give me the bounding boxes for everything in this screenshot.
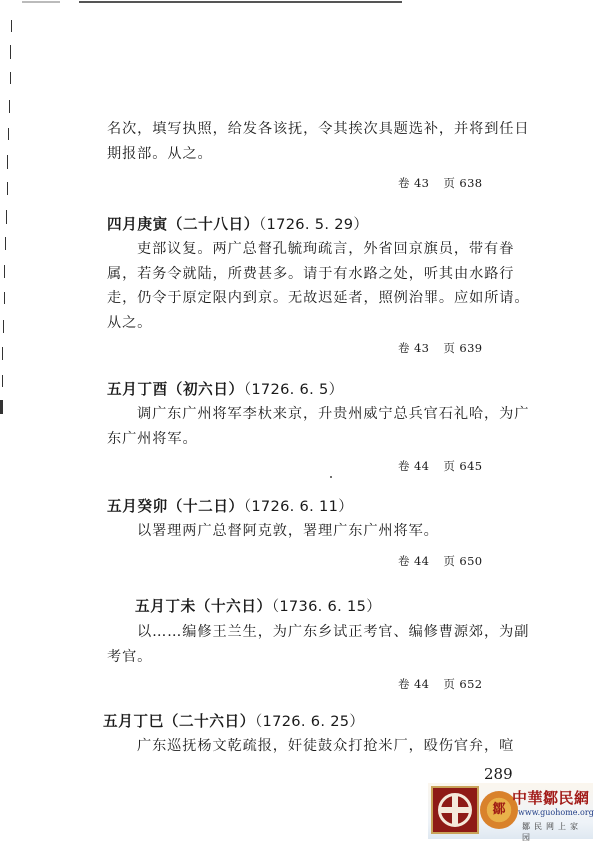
entry-heading: 四月庚寅（二十八日）（1726. 5. 29） — [107, 215, 368, 235]
source-page: 页 638 — [443, 176, 482, 190]
watermark-slogan: 鄒民网上家园 — [522, 821, 593, 842]
entry-gregorian-date: （1726. 6. 5） — [244, 381, 344, 398]
entry-date-label: 五月丁未（十六日） — [135, 598, 272, 615]
entry-heading: 五月丁巳（二十六日）（1726. 6. 25） — [103, 712, 364, 732]
margin-tick — [4, 292, 5, 304]
source-citation: 卷 44页 652 — [398, 676, 483, 692]
entry-body: 广东巡抚杨文乾疏报，奸徒鼓众打抢米厂，殴伤官弁，喧 — [107, 734, 537, 759]
margin-tick — [7, 182, 8, 195]
entry-gregorian-date: （1726. 6. 25） — [255, 713, 364, 730]
margin-tick — [0, 400, 3, 414]
source-volume: 卷 44 — [398, 677, 429, 691]
source-page: 页 650 — [443, 554, 482, 568]
margin-tick — [7, 155, 8, 169]
entry-gregorian-date: （1726. 6. 11） — [244, 498, 353, 515]
entry-date-label: 五月丁酉（初六日） — [107, 381, 244, 398]
source-page: 页 652 — [443, 677, 482, 691]
entry-heading: 五月丁酉（初六日）（1726. 6. 5） — [107, 380, 344, 400]
margin-tick — [3, 320, 4, 333]
page-number: 289 — [484, 765, 513, 783]
entry-date-label: 五月丁巳（二十六日） — [103, 713, 255, 730]
entry-date-label: 五月癸卯（十二日） — [107, 498, 244, 515]
entry-body: 吏部议复。两广总督孔毓珣疏言，外省回京旗员，带有眷属，若务令就陆，所费甚多。请于… — [107, 237, 537, 335]
scanned-book-page: 名次，填写执照，给发各该抚，令其挨次具题选补，并将到任日期报部。从之。 卷 43… — [0, 0, 595, 842]
source-citation: 卷 44页 650 — [398, 553, 483, 569]
watermark-url: www.guohome.org — [518, 808, 594, 817]
top-border-rule — [22, 1, 402, 3]
entry-heading: 五月癸卯（十二日）（1726. 6. 11） — [107, 497, 353, 517]
source-volume: 卷 44 — [398, 459, 429, 473]
source-page: 页 645 — [443, 459, 482, 473]
margin-tick — [11, 20, 12, 32]
margin-tick — [10, 45, 11, 59]
knot-emblem-icon — [431, 786, 479, 834]
margin-tick — [2, 375, 3, 387]
source-citation: 卷 43页 638 — [398, 175, 483, 191]
entry-gregorian-date: （1726. 5. 29） — [259, 216, 368, 233]
margin-tick — [6, 210, 7, 224]
entry-body: 调广东广州将军李杕来京，升贵州威宁总兵官石礼哈，为广东广州将军。 — [107, 402, 537, 451]
margin-tick — [5, 237, 6, 250]
margin-tick — [2, 347, 3, 360]
scan-speck — [330, 476, 332, 478]
continuation-paragraph: 名次，填写执照，给发各该抚，令其挨次具题选补，并将到任日期报部。从之。 — [107, 117, 537, 166]
margin-tick — [4, 265, 5, 278]
source-volume: 卷 43 — [398, 341, 429, 355]
source-volume: 卷 44 — [398, 554, 429, 568]
source-volume: 卷 43 — [398, 176, 429, 190]
source-page: 页 639 — [443, 341, 482, 355]
margin-tick — [9, 100, 10, 113]
entry-heading: 五月丁未（十六日）（1736. 6. 15） — [135, 597, 381, 617]
margin-tick — [8, 128, 9, 140]
entry-gregorian-date: （1736. 6. 15） — [272, 598, 381, 615]
entry-body: 以署理两广总督阿克敦，署理广东广州将军。 — [107, 519, 537, 544]
margin-tick — [10, 72, 11, 84]
source-citation: 卷 44页 645 — [398, 458, 483, 474]
entry-body: 以……编修王兰生，为广东乡试正考官、编修曹源郊，为副考官。 — [107, 620, 537, 669]
watermark-title: 中華鄒民網 — [512, 787, 590, 808]
site-watermark-logo: 鄒 中華鄒民網 www.guohome.org 鄒民网上家园 — [428, 783, 593, 839]
source-citation: 卷 43页 639 — [398, 340, 483, 356]
entry-date-label: 四月庚寅（二十八日） — [107, 216, 259, 233]
